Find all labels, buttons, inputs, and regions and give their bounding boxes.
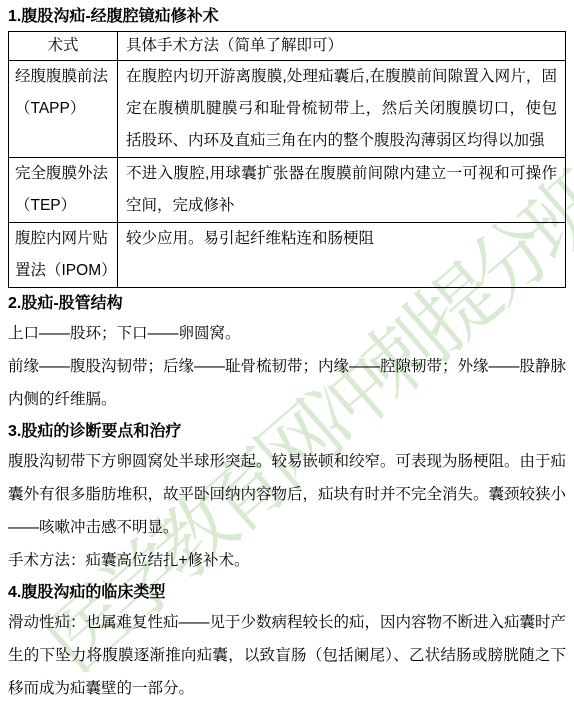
heading-femoral-canal-structure: 2.股疝-股管结构 [8,291,566,317]
table-row-tapp: 经腹腹膜前法（TAPP） 在腹腔内切开游离腹膜,处理疝囊后,在腹膜前间隙置入网片… [9,61,566,158]
paragraph-femoral-openings: 上口——股环；下口——卵圆窝。 [8,317,566,350]
heading-laparoscopic-hernia-repair: 1.腹股沟疝-经腹腔镜疝修补术 [8,5,566,29]
cell-detail-ipom: 较少应用。易引起纤维粘连和肠梗阻 [118,223,566,288]
cell-detail-tapp: 在腹腔内切开游离腹膜,处理疝囊后,在腹膜前间隙置入网片，固定在腹横肌腱膜弓和耻骨… [118,61,566,158]
column-header-detail: 具体手术方法（简单了解即可） [118,32,566,61]
paragraph-surgical-method: 手术方法：疝囊高位结扎+修补术。 [8,544,566,577]
cell-method-tep: 完全腹膜外法（TEP） [9,158,118,223]
paragraph-femoral-borders: 前缘——腹股沟韧带；后缘——耻骨梳韧带；内缘——腔隙韧带；外缘——股静脉内侧的纤… [8,350,566,416]
heading-clinical-types: 4.腹股沟疝的临床类型 [8,580,566,606]
document-page: 1.腹股沟疝-经腹腔镜疝修补术 术式 具体手术方法（简单了解即可） 经腹腹膜前法… [0,0,574,705]
table-header-row: 术式 具体手术方法（简单了解即可） [9,32,566,61]
column-header-method: 术式 [9,32,118,61]
paragraph-sliding-hernia: 滑动性疝：也属难复性疝——见于少数病程较长的疝，因内容物不断进入疝囊时产生的下坠… [8,606,566,705]
table-row-ipom: 腹腔内网片贴置法（IPOM） 较少应用。易引起纤维粘连和肠梗阻 [9,223,566,288]
cell-detail-tep: 不进入腹腔,用球囊扩张器在腹膜前间隙内建立一可视和可操作空间，完成修补 [118,158,566,223]
surgical-methods-table: 术式 具体手术方法（简单了解即可） 经腹腹膜前法（TAPP） 在腹腔内切开游离腹… [8,31,566,288]
cell-method-ipom: 腹腔内网片贴置法（IPOM） [9,223,118,288]
table-row-tep: 完全腹膜外法（TEP） 不进入腹腔,用球囊扩张器在腹膜前间隙内建立一可视和可操作… [9,158,566,223]
paragraph-femoral-hernia-features: 腹股沟韧带下方卵圆窝处半球形突起。较易嵌顿和绞窄。可表现为肠梗阻。由于疝囊外有很… [8,445,566,544]
cell-method-tapp: 经腹腹膜前法（TAPP） [9,61,118,158]
heading-femoral-hernia-diagnosis: 3.股疝的诊断要点和治疗 [8,419,566,445]
